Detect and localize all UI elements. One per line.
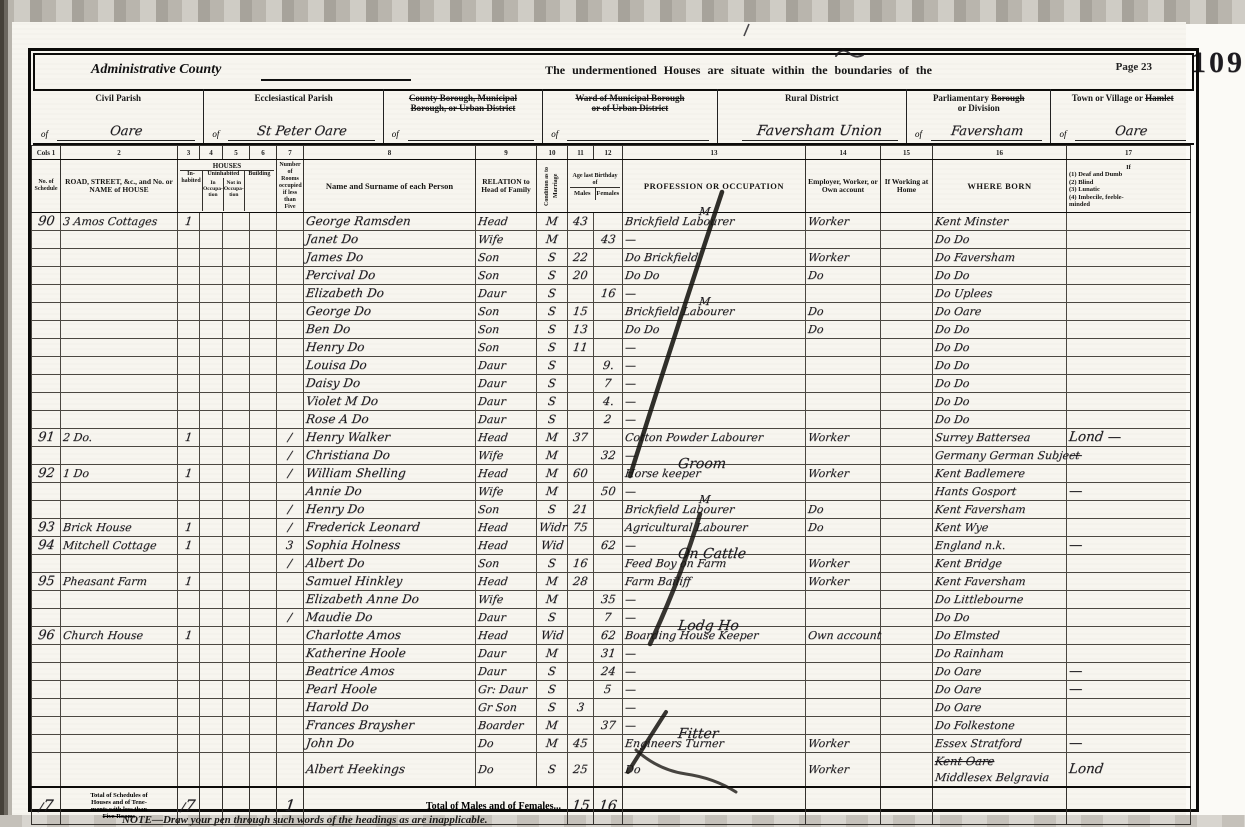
handwritten-entry: Boarder — [477, 718, 524, 734]
cell-occupation: FitterEngineers Turner — [623, 735, 806, 753]
cell-infirmity — [1067, 339, 1191, 357]
cell-age-female — [594, 213, 623, 231]
cell-rooms — [277, 285, 304, 303]
handwritten-entry: Do — [807, 520, 824, 536]
handwritten-entry: Daisy Do — [305, 375, 361, 391]
cell-rooms — [277, 411, 304, 429]
scanned-census-page: 109 Administrative County The undermenti… — [0, 0, 1245, 827]
cell-occupation: GroomHorse keeper — [623, 465, 806, 483]
table-row: Janet DoWifeM43—Do Do — [32, 231, 1191, 249]
cell-where-born: Kent Faversham — [933, 573, 1067, 591]
cell-schedule-number — [32, 393, 61, 411]
col-header-condition: Condition as to Marriage — [537, 160, 568, 213]
cell-rooms: ∕ — [277, 429, 304, 447]
handwritten-entry: S — [547, 609, 557, 625]
handwritten-entry: 4. — [602, 393, 615, 409]
cell-schedule-number — [32, 717, 61, 735]
cell-rooms — [277, 339, 304, 357]
cell-building — [250, 609, 277, 627]
col-header-building: Building — [245, 171, 274, 211]
cell-employment-status — [806, 339, 881, 357]
handwritten-entry: 1 — [184, 573, 193, 589]
cell-where-born: Do Folkestone — [933, 717, 1067, 735]
cell-uninhabited-not-occupied — [223, 591, 250, 609]
cell-working-at-home — [881, 339, 933, 357]
handwritten-entry: 2 Do. — [62, 430, 93, 446]
handwritten-entry: 45 — [572, 735, 589, 751]
col-header-in-occupation: In Occupa-tion — [203, 178, 224, 211]
col-header-born: WHERE BORN — [933, 160, 1067, 213]
handwritten-entry: S — [547, 393, 557, 409]
table-row: Albert HeekingsDoS25DoWorkerKent OareMid… — [32, 753, 1191, 788]
cell-person-name: Albert Do — [304, 555, 476, 573]
handwritten-entry: Worker — [807, 574, 850, 590]
table-row: James DoSonS22Do BrickfieldWorkerDo Fave… — [32, 249, 1191, 267]
cell-infirmity: — — [1067, 681, 1191, 699]
handwritten-entry: Worker — [807, 762, 850, 778]
cell-uninhabited-not-occupied — [223, 573, 250, 591]
cell-uninhabited-not-occupied — [223, 393, 250, 411]
cell-condition: S — [537, 753, 568, 788]
cell-schedule-number — [32, 699, 61, 717]
cell-address — [61, 609, 178, 627]
handwritten-entry: Agricultural Labourer — [624, 520, 748, 536]
table-row: Beatrice AmosDaurS24—Do Oare— — [32, 663, 1191, 681]
administrative-county-box: Administrative County The undermentioned… — [33, 53, 1194, 91]
cell-where-born: Kent Minster — [933, 213, 1067, 231]
handwritten-entry: M — [545, 717, 559, 733]
handwritten-entry: Worker — [807, 466, 850, 482]
handwritten-entry: M — [545, 429, 559, 445]
cell-rooms — [277, 663, 304, 681]
cell-working-at-home — [881, 501, 933, 519]
cell-person-name: Samuel Hinkley — [304, 573, 476, 591]
handwritten-entry: Brickfield Labourer — [624, 304, 735, 320]
handwritten-entry: ∕ — [287, 447, 293, 463]
condition-vertical-label: Condition as to Marriage — [543, 162, 561, 210]
cell-infirmity: — — [1067, 537, 1191, 555]
handwritten-entry: 21 — [572, 501, 589, 517]
handwritten-entry: S — [547, 501, 557, 517]
cell-address: 1 Do — [61, 465, 178, 483]
cell-schedule-number: 93 — [32, 519, 61, 537]
cell-where-born: Do Do — [933, 393, 1067, 411]
cell-where-born: Germany German Subject — [933, 447, 1067, 465]
cell-building — [250, 249, 277, 267]
cell-age-male: 15 — [568, 303, 594, 321]
cell-schedule-number: 94 — [32, 537, 61, 555]
cell-person-name: George Ramsden — [304, 213, 476, 231]
cell-employment-status — [806, 375, 881, 393]
handwritten-entry: 31 — [600, 645, 617, 661]
cell-building — [250, 555, 277, 573]
cell-rooms: ∕ — [277, 519, 304, 537]
cell-occupation: Agricultural Labourer — [623, 519, 806, 537]
cell-condition: S — [537, 609, 568, 627]
cell-age-female: 32 — [594, 447, 623, 465]
cell-age-female: 2 — [594, 411, 623, 429]
uninhabited-title: Uninhabited — [203, 171, 244, 178]
table-row: 93Brick House1∕Frederick LeonardHeadWidr… — [32, 519, 1191, 537]
cell-relation: Wife — [476, 231, 537, 249]
column-number: 13 — [623, 146, 806, 160]
handwritten-entry: Do Oare — [934, 304, 982, 320]
cell-working-at-home — [881, 555, 933, 573]
cell-address — [61, 483, 178, 501]
cell-age-male: 21 — [568, 501, 594, 519]
cell-occupation: — — [623, 411, 806, 429]
cell-uninhabited-in-occupation — [200, 645, 223, 663]
cell-person-name: John Do — [304, 735, 476, 753]
handwritten-entry: Wife — [477, 592, 504, 608]
handwritten-entry: — — [624, 700, 637, 716]
col-header-males: Males — [570, 188, 596, 200]
cell-employment-status — [806, 645, 881, 663]
handwritten-entry: Do Do — [934, 376, 970, 392]
handwritten-entry: Sophia Holness — [305, 537, 401, 553]
cell-age-female — [594, 573, 623, 591]
cell-where-born: Surrey Battersea — [933, 429, 1067, 447]
cell-infirmity — [1067, 213, 1191, 231]
handwritten-entry: Lond — [1068, 761, 1104, 777]
table-row: Daisy DoDaurS7—Do Do — [32, 375, 1191, 393]
cell-relation: Head — [476, 537, 537, 555]
cell-where-born: Do Faversham — [933, 249, 1067, 267]
handwritten-entry: S — [547, 285, 557, 301]
paper: Administrative County The undermentioned… — [12, 22, 1186, 815]
handwritten-entry: ∕ — [287, 429, 293, 445]
cell-condition: Wid — [537, 537, 568, 555]
handwritten-entry: James Do — [305, 249, 364, 265]
cell-working-at-home — [881, 573, 933, 591]
cell-where-born: Kent Badlemere — [933, 465, 1067, 483]
handwritten-entry: 20 — [572, 267, 589, 283]
handwritten-entry: M — [545, 573, 559, 589]
column-number: 10 — [537, 146, 568, 160]
cell-person-name: Elizabeth Do — [304, 285, 476, 303]
cell-employment-status — [806, 483, 881, 501]
infirmity-list: If(1) Deaf and Dumb(2) Blind(3) Lunatic(… — [1069, 164, 1188, 209]
cell-uninhabited-in-occupation — [200, 573, 223, 591]
census-form: Administrative County The undermentioned… — [28, 48, 1199, 812]
column-number: 8 — [304, 146, 476, 160]
cell-working-at-home — [881, 285, 933, 303]
handwritten-entry: Daur — [477, 358, 507, 374]
cell-age-female: 37 — [594, 717, 623, 735]
cell-address — [61, 555, 178, 573]
parish-field-handwriting: St Peter Oare — [256, 124, 348, 139]
cell-age-male: 13 — [568, 321, 594, 339]
cell-building — [250, 303, 277, 321]
cell-employment-status: Worker — [806, 249, 881, 267]
cell-uninhabited-in-occupation — [200, 339, 223, 357]
handwritten-entry: Germany German Subject — [934, 448, 1081, 464]
cell-condition: S — [537, 555, 568, 573]
handwritten-entry: Gr: Daur — [477, 682, 528, 698]
handwritten-entry: 13 — [572, 321, 589, 337]
cell-age-female: 7 — [594, 375, 623, 393]
where-born-struck: Kent Oare — [934, 753, 995, 769]
cell-age-male — [568, 645, 594, 663]
cell-age-male — [568, 483, 594, 501]
cell-working-at-home — [881, 663, 933, 681]
cell-rooms: ∕ — [277, 609, 304, 627]
table-row: Elizabeth DoDaurS16—Do Uplees — [32, 285, 1191, 303]
handwritten-entry: Brickfield Labourer — [624, 502, 735, 518]
cell-occupation: On CattleFeed Boy on Farm — [623, 555, 806, 573]
handwritten-entry: Do Littlebourne — [934, 592, 1024, 608]
cell-employment-status: Worker — [806, 573, 881, 591]
parish-field: Rural DistrictFaversham Union — [718, 89, 907, 143]
table-row: John DoDoM45FitterEngineers TurnerWorker… — [32, 735, 1191, 753]
cell-working-at-home — [881, 429, 933, 447]
table-row: 95Pheasant Farm1Samuel HinkleyHeadM28Far… — [32, 573, 1191, 591]
cell-address — [61, 681, 178, 699]
handwritten-entry: 96 — [37, 628, 56, 644]
cell-person-name: Daisy Do — [304, 375, 476, 393]
cell-address: Church House — [61, 627, 178, 645]
cell-relation: Daur — [476, 357, 537, 375]
handwritten-entry: 15 — [571, 798, 591, 814]
handwritten-entry: — — [624, 358, 637, 374]
cell-relation: Boarder — [476, 717, 537, 735]
cell-uninhabited-not-occupied — [223, 285, 250, 303]
cell-uninhabited-in-occupation — [200, 519, 223, 537]
cell-rooms — [277, 231, 304, 249]
cell-rooms — [277, 591, 304, 609]
column-number: 2 — [61, 146, 178, 160]
handwritten-entry: — — [624, 394, 637, 410]
cell-employment-status — [806, 393, 881, 411]
cell-building — [250, 699, 277, 717]
cell-employment-status: Worker — [806, 753, 881, 788]
occupation-annotation: Fitter — [677, 726, 719, 742]
cell-age-male — [568, 231, 594, 249]
col-header-houses: HOUSESIn-habitedUninhabitedIn Occupa-tio… — [178, 160, 277, 213]
age-label: Age last Birthday of — [570, 173, 620, 187]
cell-person-name: William Shelling — [304, 465, 476, 483]
cell-person-name: James Do — [304, 249, 476, 267]
cell-rooms — [277, 753, 304, 788]
handwritten-entry: ∕ — [287, 519, 293, 535]
parish-field-value: Oare — [57, 122, 195, 141]
cell-age-male — [568, 591, 594, 609]
handwritten-entry: Daur — [477, 286, 507, 302]
column-number: 9 — [476, 146, 537, 160]
cell-where-born: England n.k. — [933, 537, 1067, 555]
cell-age-female — [594, 429, 623, 447]
cell-age-female — [594, 699, 623, 717]
cell-address — [61, 699, 178, 717]
cell-infirmity — [1067, 627, 1191, 645]
cell-employment-status: Worker — [806, 213, 881, 231]
handwritten-entry: Head — [477, 214, 509, 230]
cell-schedule-number — [32, 339, 61, 357]
cell-age-female: 31 — [594, 645, 623, 663]
handwritten-entry: 62 — [600, 627, 617, 643]
cell-infirmity — [1067, 465, 1191, 483]
handwritten-entry: Middlesex Belgravia — [934, 770, 1050, 786]
cell-address: Pheasant Farm — [61, 573, 178, 591]
total-schedules-value: 7 — [42, 796, 55, 815]
parish-field-label: Civil Parish — [33, 93, 203, 103]
handwritten-entry: 16 — [600, 285, 617, 301]
handwritten-entry: Wid — [540, 627, 565, 643]
parish-field-value: Faversham — [931, 122, 1043, 141]
cell-person-name: Katherine Hoole — [304, 645, 476, 663]
handwritten-entry: Do — [807, 304, 824, 320]
cell-person-name: Frances Braysher — [304, 717, 476, 735]
cell-age-female — [594, 267, 623, 285]
parish-field-handwriting: Oare — [109, 124, 143, 139]
cell-where-born: Do Oare — [933, 681, 1067, 699]
cell-relation: Daur — [476, 411, 537, 429]
handwritten-entry: Head — [477, 628, 509, 644]
cell-relation: Daur — [476, 663, 537, 681]
cell-infirmity — [1067, 249, 1191, 267]
handwritten-entry: — — [1068, 681, 1083, 697]
cell-relation: Head — [476, 627, 537, 645]
cell-schedule-number — [32, 267, 61, 285]
handwritten-entry: 5 — [603, 681, 612, 697]
cell-relation: Do — [476, 735, 537, 753]
cell-building — [250, 393, 277, 411]
handwritten-entry: S — [547, 339, 557, 355]
cell-working-at-home — [881, 321, 933, 339]
cell-uninhabited-not-occupied — [223, 645, 250, 663]
cell-employment-status: Worker — [806, 735, 881, 753]
cell-occupation: Do Do — [623, 321, 806, 339]
cell-condition: M — [537, 717, 568, 735]
handwritten-entry: 22 — [572, 249, 589, 265]
parish-field-value — [408, 122, 534, 141]
cell-condition: S — [537, 393, 568, 411]
cell-condition: M — [537, 573, 568, 591]
handwritten-entry: Do — [477, 762, 494, 778]
parish-field: County Borough, MunicipalBorough, or Urb… — [384, 89, 543, 143]
cell-infirmity: — — [1067, 663, 1191, 681]
column-number: 14 — [806, 146, 881, 160]
cell-age-male: 3 — [568, 699, 594, 717]
cell-inhabited — [178, 321, 200, 339]
cell-uninhabited-not-occupied — [223, 699, 250, 717]
table-row: Katherine HooleDaurM31—Do Rainham — [32, 645, 1191, 663]
column-headers-row: No. of ScheduleROAD, STREET, &c., and No… — [32, 160, 1191, 213]
handwritten-entry: Kent Faversham — [934, 502, 1027, 518]
cell-working-at-home — [881, 609, 933, 627]
parish-field-value — [567, 122, 708, 141]
handwritten-entry: ∕ — [287, 501, 293, 517]
cell-uninhabited-not-occupied — [223, 321, 250, 339]
cell-working-at-home — [881, 465, 933, 483]
cell-working-at-home — [881, 483, 933, 501]
scan-left-edge — [0, 0, 12, 827]
cell-age-female — [594, 303, 623, 321]
cell-employment-status — [806, 591, 881, 609]
cell-person-name: George Do — [304, 303, 476, 321]
folio-number-stamp: 109 — [1191, 46, 1245, 80]
cell-age-female: 9. — [594, 357, 623, 375]
cell-uninhabited-in-occupation — [200, 609, 223, 627]
handwritten-entry: S — [547, 699, 557, 715]
cell-condition: S — [537, 249, 568, 267]
cell-relation: Head — [476, 429, 537, 447]
cell-occupation: Do Do — [623, 267, 806, 285]
cell-rooms: 3 — [277, 537, 304, 555]
cell-relation: Son — [476, 303, 537, 321]
cell-employment-status: Worker — [806, 555, 881, 573]
cell-infirmity: — — [1067, 447, 1191, 465]
cell-occupation: — — [623, 663, 806, 681]
page-number-label: Page 23 — [1116, 61, 1152, 73]
total-houses-value: 7 — [184, 796, 197, 815]
cell-inhabited — [178, 735, 200, 753]
table-row: ∕Maudie DoDaurS7—Do Do — [32, 609, 1191, 627]
handwritten-entry: Do — [807, 502, 824, 518]
cell-relation: Head — [476, 573, 537, 591]
cell-occupation: Do — [623, 753, 806, 788]
cell-infirmity — [1067, 555, 1191, 573]
cell-age-female — [594, 753, 623, 788]
cell-building — [250, 735, 277, 753]
table-row: Pearl HooleGr: DaurS5—Do Oare— — [32, 681, 1191, 699]
handwritten-entry: Wife — [477, 484, 504, 500]
cell-condition: S — [537, 501, 568, 519]
cell-address — [61, 501, 178, 519]
parish-field-label: Town or Village or Hamlet — [1051, 93, 1194, 103]
handwritten-entry: Rose A Do — [305, 411, 370, 427]
cell-uninhabited-not-occupied — [223, 411, 250, 429]
cell-schedule-number — [32, 681, 61, 699]
cell-person-name: Beatrice Amos — [304, 663, 476, 681]
cell-rooms — [277, 393, 304, 411]
cell-inhabited — [178, 591, 200, 609]
of-label: of — [915, 129, 922, 139]
cell-infirmity — [1067, 609, 1191, 627]
handwritten-entry: Frederick Leonard — [305, 519, 421, 535]
column-number: Cols 1 — [32, 146, 61, 160]
handwritten-entry: 60 — [572, 465, 589, 481]
handwritten-entry: 62 — [600, 537, 617, 553]
cell-age-female — [594, 519, 623, 537]
cell-schedule-number: 96 — [32, 627, 61, 645]
cell-building — [250, 285, 277, 303]
cell-age-male: 25 — [568, 753, 594, 788]
handwritten-entry: Do Oare — [934, 700, 982, 716]
cell-occupation: — — [623, 375, 806, 393]
cell-where-born: Do Do — [933, 321, 1067, 339]
cell-uninhabited-not-occupied — [223, 681, 250, 699]
occupation-annotation: Groom — [677, 456, 727, 472]
cell-building — [250, 573, 277, 591]
cell-address: 2 Do. — [61, 429, 178, 447]
handwritten-entry: Henry Do — [305, 501, 365, 517]
handwritten-entry: Daur — [477, 664, 507, 680]
cell-person-name: Percival Do — [304, 267, 476, 285]
handwritten-entry: Head — [477, 430, 509, 446]
cell-condition: S — [537, 303, 568, 321]
cell-address — [61, 753, 178, 788]
handwritten-entry: Henry Do — [305, 339, 365, 355]
cell-address: Brick House — [61, 519, 178, 537]
cell-person-name: Frederick Leonard — [304, 519, 476, 537]
handwritten-entry: M — [545, 645, 559, 661]
handwritten-entry: 3 Amos Cottages — [62, 214, 158, 230]
cell-age-female: 62 — [594, 627, 623, 645]
handwritten-entry: S — [547, 411, 557, 427]
cell-infirmity — [1067, 231, 1191, 249]
handwritten-entry: 7 — [603, 375, 612, 391]
